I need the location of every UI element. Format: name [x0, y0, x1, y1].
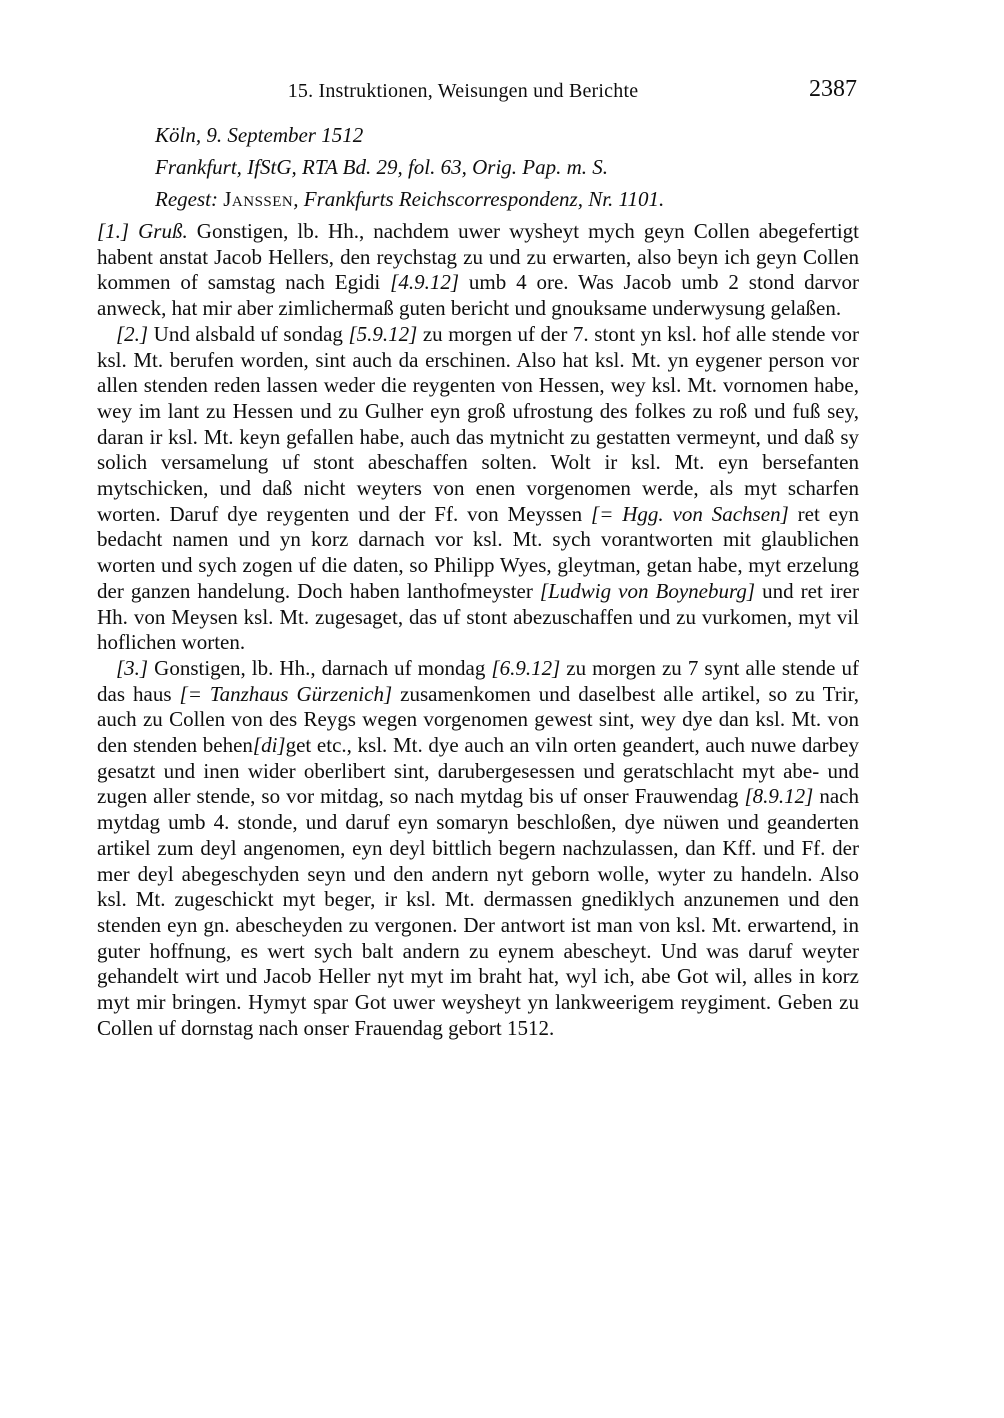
letter-paragraph-1: [1.] Gruß. Gonstigen, lb. Hh., nachdem u…	[97, 219, 859, 322]
letter-body: [1.] Gruß. Gonstigen, lb. Hh., nachdem u…	[97, 219, 859, 1042]
book-page: 15. Instruktionen, Weisungen und Bericht…	[0, 0, 1004, 1418]
dateline: Köln, 9. September 1512 Frankfurt, IfStG…	[155, 120, 860, 215]
dateline-source: Frankfurt, IfStG, RTA Bd. 29, fol. 63, O…	[155, 152, 860, 184]
running-header: 15. Instruktionen, Weisungen und Bericht…	[97, 76, 859, 106]
letter-paragraph-3: [3.] Gonstigen, lb. Hh., darnach uf mond…	[97, 656, 859, 1042]
page-number: 2387	[809, 76, 857, 103]
letter-paragraph-2: [2.] Und alsbald uf sondag [5.9.12] zu m…	[97, 322, 859, 656]
section-header: 15. Instruktionen, Weisungen und Bericht…	[97, 80, 829, 103]
dateline-regest: Regest: Janssen, Frankfurts Reichscorres…	[155, 184, 860, 216]
dateline-place-date: Köln, 9. September 1512	[155, 120, 860, 152]
